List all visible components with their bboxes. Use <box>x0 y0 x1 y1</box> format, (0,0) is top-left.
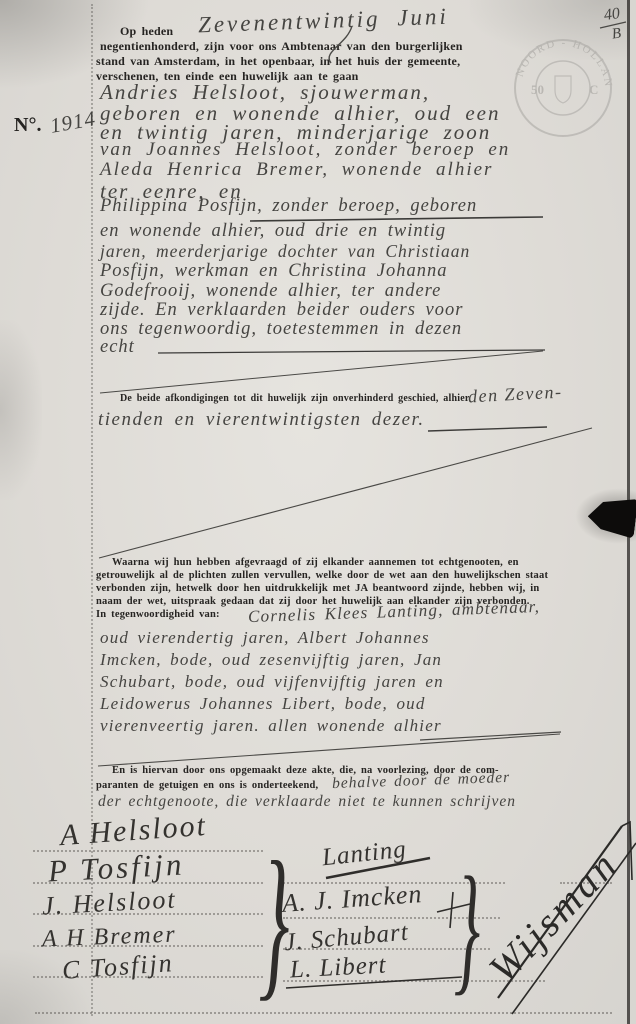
stamp-value-left: 50 <box>531 82 544 97</box>
vows-line-3: verbonden zijn, hetwelk door hen uitdruk… <box>96 583 539 594</box>
signature-line <box>35 1012 612 1014</box>
parties-line: Posfijn, werkman en Christina Johanna <box>100 261 447 282</box>
intro-handwritten-date: Zevenentwintig Juni <box>198 4 450 39</box>
signature-bride: P Tosfijn <box>47 846 185 889</box>
witness-line: Schubart, bode, oud vijfenvijftig jaren … <box>100 672 444 692</box>
intro-prefix: Op heden <box>120 24 173 39</box>
banns-handwritten-1: den Zeven- <box>468 382 563 408</box>
stamp-region-text: NOORD - HOLLAND <box>503 28 614 89</box>
diagonal-fill-2 <box>99 428 592 558</box>
signature-witness-schubart: J. Schubart <box>283 919 410 958</box>
revenue-stamp: NOORD - HOLLAND 50 C <box>503 28 623 148</box>
parties-line: Aleda Henrica Bremer, wonende alhier <box>100 159 493 181</box>
closing-handwritten-2: der echtgenoote, die verklaarde niet te … <box>98 793 516 811</box>
parties-line: zijde. En verklaarden beider ouders voor <box>100 300 463 321</box>
parties-line: Godefrooij, wonende alhier, ter andere <box>100 281 441 302</box>
svg-text:NOORD - HOLLAND: NOORD - HOLLAND <box>503 28 614 89</box>
signature-witness-lanting: Lanting <box>321 836 408 873</box>
vows-line-5: In tegenwoordigheid van: <box>96 609 220 620</box>
witness-line: vierenveertig jaren. allen wonende alhie… <box>100 716 442 736</box>
intro-line-3: stand van Amsterdam, in het openbaar, in… <box>96 54 460 69</box>
middle-brace: } <box>454 852 480 1004</box>
witness-line: Leidowerus Johannes Libert, bode, oud <box>100 694 426 714</box>
signature-father-bride: C Tosfijn <box>61 948 175 986</box>
signature-groom: A Helsloot <box>59 809 208 853</box>
rule-dezer <box>428 427 547 431</box>
banns-printed: De beide afkondigingen tot dit huwelijk … <box>120 393 469 404</box>
witness-line: oud vierendertig jaren, Albert Johannes <box>100 628 430 648</box>
signature-official: Wijsman <box>479 840 628 992</box>
signature-witness-imcken: A. J. Imcken <box>281 879 423 919</box>
parties-line: echt <box>100 337 135 358</box>
signature-witness-libert: L. Libert <box>289 951 387 984</box>
closing-printed-2: paranten de getuigen en ons is onderteek… <box>96 780 318 791</box>
document-page: 40 B NOORD - HOLLAND 50 C N°. 1914 Op he… <box>0 0 636 1024</box>
stamp-crest-icon <box>555 76 571 103</box>
parties-line: ons tegenwoordig, toetestemmen in dezen <box>100 319 462 340</box>
left-brace: } <box>259 832 290 1010</box>
signature-father-groom: J. Helsloot <box>41 884 177 921</box>
diagonal-fill-3 <box>98 734 560 766</box>
intro-line-2: negentienhonderd, zijn voor ons Ambtenaa… <box>100 39 463 54</box>
corner-annotation-top: 40 <box>603 5 621 25</box>
shade-left-smudge <box>0 320 42 500</box>
witness-line: Imcken, bode, oud zesenvijftig jaren, Ja… <box>100 650 442 670</box>
margin-number-label: N°. <box>14 114 41 137</box>
banns-handwritten-2: tienden en vierentwintigsten dezer. <box>98 409 425 431</box>
ink-blot <box>586 493 636 539</box>
rule-echt <box>158 350 545 353</box>
parties-line: van Joannes Helsloot, zonder beroep en <box>100 139 510 161</box>
parties-line: en wonende alhier, oud drie en twintig <box>100 221 446 242</box>
stamp-value-right: C <box>589 82 598 97</box>
parties-line: Philippina Posfijn, zonder beroep, gebor… <box>100 196 477 217</box>
parties-line: jaren, meerderjarige dochter van Christi… <box>100 241 470 262</box>
vows-line-2: getrouwelijk al de plichten zullen vervu… <box>96 570 548 581</box>
vows-line-1: Waarna wij hun hebben afgevraagd of zij … <box>112 557 519 568</box>
imcken-cross-2 <box>450 892 453 928</box>
